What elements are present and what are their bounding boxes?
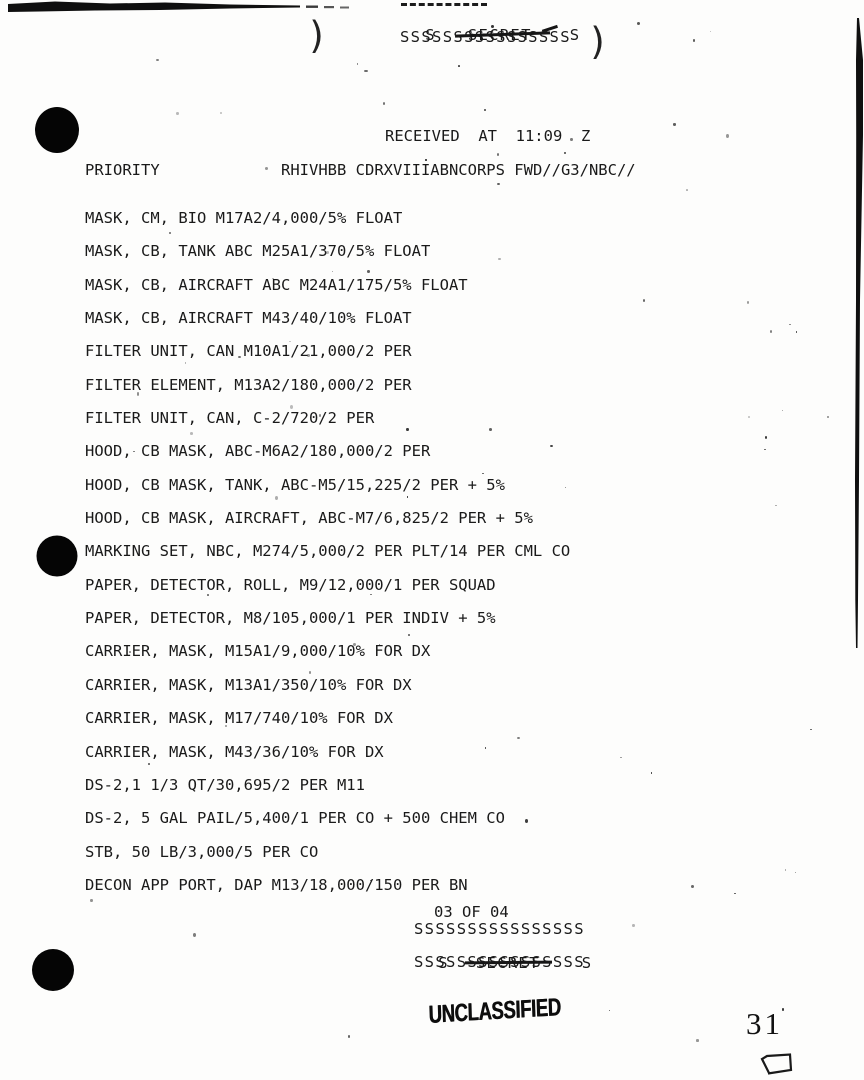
- scan-speck: [364, 70, 367, 72]
- scan-edge-top-dash: [340, 7, 349, 9]
- scan-speck: [827, 416, 829, 418]
- document-line: CARRIER, MASK, M17/740/10% FOR DX: [85, 702, 570, 735]
- document-line: PAPER, DETECTOR, ROLL, M9/12,000/1 PER S…: [85, 569, 570, 602]
- hole-punch-top: [35, 107, 79, 153]
- classification-s-right: S: [570, 26, 581, 44]
- page-number: 31: [746, 1006, 783, 1042]
- document-line: CARRIER, MASK, M43/36/10% FOR DX: [85, 736, 570, 769]
- scan-edge-top-dash: [324, 6, 334, 8]
- scan-speck: [795, 872, 796, 873]
- document-line: HOOD, CB MASK, ABC-M6A2/180,000/2 PER: [85, 435, 570, 468]
- classification-s-row-top: SSSSSSSSSSSSSSSS: [400, 28, 571, 46]
- scan-speck: [782, 1008, 784, 1010]
- scan-speck: [525, 819, 528, 823]
- document-line: DS-2, 5 GAL PAIL/5,400/1 PER CO + 500 CH…: [85, 802, 570, 835]
- scan-speck: [425, 159, 427, 160]
- scan-speck: [770, 330, 772, 333]
- scan-speck: [785, 869, 786, 870]
- handwritten-paren-left: ): [306, 14, 328, 57]
- document-line: MARKING SET, NBC, M274/5,000/2 PER PLT/1…: [85, 535, 570, 568]
- scan-speck: [193, 484, 194, 485]
- scan-speck: [775, 505, 777, 506]
- priority-label: PRIORITY: [85, 161, 160, 179]
- scan-speck: [570, 138, 573, 141]
- scan-speck: [348, 1035, 351, 1038]
- scan-speck: [148, 763, 150, 765]
- scan-speck: [517, 737, 520, 739]
- scan-speck: [220, 112, 222, 114]
- document-line: HOOD, CB MASK, AIRCRAFT, ABC-M7/6,825/2 …: [85, 502, 570, 535]
- document-line: DECON APP PORT, DAP M13/18,000/150 PER B…: [85, 869, 570, 902]
- routing-line: RHIVHBB CDRXVIIIABNCORPS FWD//G3/NBC//: [281, 161, 636, 179]
- scan-speck: [550, 445, 553, 447]
- document-line: FILTER UNIT, CAN M10A1/21,000/2 PER: [85, 335, 570, 368]
- document-line: HOOD, CB MASK, TANK, ABC-M5/15,225/2 PER…: [85, 469, 570, 502]
- scan-speck: [326, 251, 329, 253]
- scan-edge-top-bar: [8, 2, 300, 13]
- page-count: 03 OF 04: [434, 903, 509, 921]
- scan-speck: [458, 65, 460, 67]
- scan-speck: [764, 449, 766, 450]
- scan-speck: [90, 899, 93, 902]
- scanned-document-page: { "document": { "classification_top": { …: [0, 0, 864, 1080]
- scan-speck: [643, 299, 646, 302]
- classification-s-row-footer-top: SSSSSSSSSSSSSSSS: [414, 920, 585, 938]
- hand-drawn-box: [762, 1055, 791, 1074]
- document-line: CARRIER, MASK, M15A1/9,000/10% FOR DX: [85, 635, 570, 668]
- scan-speck: [265, 167, 268, 170]
- scan-speck: [564, 152, 566, 153]
- scan-speck: [383, 102, 385, 105]
- scan-speck: [651, 772, 652, 773]
- scan-dashed-line: [401, 3, 487, 6]
- document-line: CARRIER, MASK, M13A1/350/10% FOR DX: [85, 669, 570, 702]
- scan-speck: [129, 651, 131, 653]
- scan-speck: [176, 112, 179, 115]
- hole-punch-middle: [37, 536, 78, 577]
- scan-speck: [484, 109, 485, 110]
- scan-speck: [632, 924, 635, 928]
- scan-speck: [319, 414, 321, 416]
- scan-speck: [693, 39, 696, 42]
- document-line: FILTER ELEMENT, M13A2/180,000/2 PER: [85, 369, 570, 402]
- scan-speck: [765, 436, 767, 438]
- scan-speck: [734, 893, 736, 895]
- scan-speck: [782, 410, 783, 411]
- document-line: MASK, CB, AIRCRAFT M43/40/10% FLOAT: [85, 302, 570, 335]
- scan-speck: [498, 258, 500, 261]
- scan-speck: [637, 22, 640, 25]
- document-line: FILTER UNIT, CAN, C-2/720/2 PER: [85, 402, 570, 435]
- scan-speck: [673, 123, 676, 125]
- scan-edge-top-dash: [306, 6, 318, 8]
- scan-speck: [609, 1010, 610, 1011]
- scan-speck: [691, 885, 694, 888]
- document-line: MASK, CB, AIRCRAFT ABC M24A1/175/5% FLOA…: [85, 269, 570, 302]
- scan-speck: [309, 671, 311, 673]
- document-line: PAPER, DETECTOR, M8/105,000/1 PER INDIV …: [85, 602, 570, 635]
- scan-speck: [696, 1039, 699, 1041]
- scan-speck: [726, 134, 729, 138]
- scan-speck: [497, 153, 499, 156]
- scan-speck: [686, 189, 688, 191]
- scan-speck: [282, 345, 284, 347]
- unclassified-stamp: UNCLASSIFIED: [428, 993, 561, 1030]
- scan-speck: [137, 392, 140, 395]
- received-at-line: RECEIVED AT 11:09 Z: [385, 127, 590, 145]
- scan-speck: [63, 110, 64, 111]
- scan-speck: [748, 416, 750, 418]
- scan-speck: [810, 729, 812, 731]
- scan-speck: [353, 643, 356, 646]
- scan-speck: [406, 428, 409, 431]
- body-lines: MASK, CM, BIO M17A2/4,000/5% FLOATMASK, …: [85, 202, 570, 902]
- scan-speck: [156, 59, 158, 61]
- scan-speck: [565, 487, 566, 488]
- scan-speck: [238, 356, 241, 358]
- scan-speck: [357, 63, 358, 65]
- scan-speck: [497, 183, 500, 185]
- scan-speck: [133, 451, 135, 452]
- document-line: STB, 50 LB/3,000/5 PER CO: [85, 836, 570, 869]
- document-line: DS-2,1 1/3 QT/30,695/2 PER M11: [85, 769, 570, 802]
- scan-edge-right-line: [855, 18, 863, 648]
- classification-s-row-footer-bottom: SSSSSSSSSSSSSSSS: [414, 953, 585, 971]
- scan-speck: [789, 324, 791, 325]
- document-line: MASK, CM, BIO M17A2/4,000/5% FLOAT: [85, 202, 570, 235]
- hole-punch-bottom: [32, 949, 74, 991]
- scan-speck: [747, 301, 749, 304]
- scan-speck: [620, 757, 622, 759]
- scan-speck: [710, 31, 711, 32]
- scan-speck: [193, 933, 196, 937]
- scan-speck: [796, 331, 798, 333]
- handwritten-paren-right: ): [587, 20, 609, 63]
